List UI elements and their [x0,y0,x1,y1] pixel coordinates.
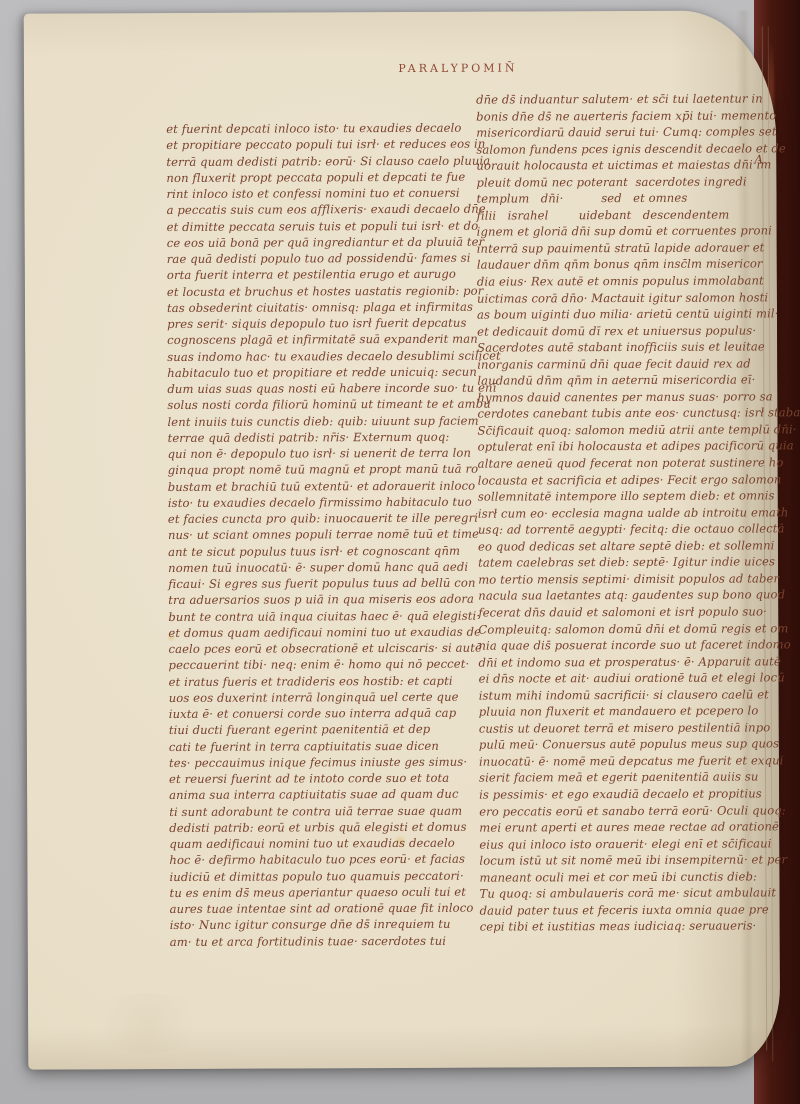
manuscript-text-line: pleuit domū nec poterant sacerdotes ingr… [476,173,778,191]
manuscript-text-line: interrā sup pauimentū stratū lapide ador… [477,239,779,257]
manuscript-text-line: Sc̄ificauit quoq: salomon mediū atrii an… [477,421,779,439]
right-text-column: dn̄e ds̄ induantur salutem· et sc̄i tui … [476,90,782,935]
manuscript-text-line: dauid pater tuus et feceris iuxta omnia … [480,901,782,919]
manuscript-text-line: templum dn̄i· sed et omnes [476,190,778,208]
manuscript-text-line: et locusta et bruchus et hostes uastatis… [167,282,473,300]
manuscript-text-line: anima sua interra captiuitatis suae ad q… [169,786,475,804]
manuscript-text-line: dn̄i et indomo sua et prosperatus· ē· Ap… [478,653,780,671]
manuscript-text-line: salomon fundens pces ignis descendit dec… [476,140,778,158]
manuscript-text-line: cati te fuerint in terra captiuitatis su… [169,737,475,755]
manuscript-text-line: iudiciū et dimittas populo tuo quamuis p… [169,867,475,885]
manuscript-text-line: tes· peccauimus inique fecimus iniuste g… [169,753,475,771]
manuscript-text-line: rae quā dedisti populo tuo ad possidendū… [167,250,473,268]
manuscript-text-line: isto· Nunc igitur consurge dn̄e ds̄ inre… [170,916,476,934]
manuscript-text-line: orta fuerit interra et pestilentia erugo… [167,266,473,284]
manuscript-text-line: solus nosti corda filiorū hominū ut time… [167,396,473,414]
manuscript-text-line: bonis dn̄e ds̄ ne auerteris faciem xp̄i … [476,107,778,125]
manuscript-text-line: tu es enim ds̄ meus aperiantur quaeso oc… [170,883,476,901]
manuscript-text-line: sollemnitatē intempore illo septem dieb:… [478,487,780,505]
manuscript-text-line: ero peccatis eorū et sanabo terrā eorū· … [479,802,781,820]
manuscript-text-line: non fluxerit propt peccata populi et dep… [166,168,472,186]
manuscript-text-line: locausta et sacrificia et adipes· Fecit … [478,471,780,489]
manuscript-text-line: dedisti patrib: eorū et urbis quā elegis… [169,818,475,836]
manuscript-text-line: mo tertio mensis septimi· dimisit populo… [478,570,780,588]
manuscript-text-line: Tu quoq: si ambulaueris corā me· sicut a… [480,885,782,903]
manuscript-text-line: dum uias suas quas nosti eū habere incor… [167,380,473,398]
manuscript-text-line: is pessimis· et ego exaudiā decaelo et p… [479,785,781,803]
manuscript-text-line: filii israhel uidebant descendentem [477,206,779,224]
manuscript-text-line: locum istū ut sit nomē meū ibi insempite… [479,852,781,870]
manuscript-text-line: sierit faciem meā et egerit paenitentiā … [479,769,781,787]
manuscript-text-line: optulerat enī ibi holocausta et adipes p… [478,438,780,456]
manuscript-text-line: habitaculo tuo et propitiare et redde un… [167,363,473,381]
running-title: PARALYPOMIN̄ [398,61,517,75]
left-text-column: et fuerint depcati inloco isto· tu exaud… [166,120,476,950]
manuscript-text-line: nomen tuū inuocatū· ē· super domū hanc q… [168,558,474,576]
manuscript-text-line: hymnos dauid canentes per manus suas· po… [477,388,779,406]
manuscript-text-line: fecerat dn̄s dauid et salomoni et isrł p… [478,603,780,621]
manuscript-text-line: bustam et brachiū tuū extentū· et adorau… [168,477,474,495]
manuscript-text-line: mei erunt aperti et aures meae rectae ad… [479,818,781,836]
marginal-caret-mark: Λ [754,152,763,166]
manuscript-text-line: custis ut deuoret terrā et misero pestil… [479,719,781,737]
manuscript-text-line: pres serit· siquis depopulo tuo isrł fue… [167,315,473,333]
manuscript-text-line: ginqua propt nomē tuū magnū et propt man… [168,461,474,479]
manuscript-text-line: pulū meū· Conuersus autē populus meus su… [479,736,781,754]
manuscript-text-line: usq: ad torrentē aegypti· fecitq: die oc… [478,521,780,539]
manuscript-text-line: lent inuiis tuis cunctis dieb: quib: uiu… [167,412,473,430]
manuscript-text-line: nus· ut sciant omnes populi terrae nomē … [168,526,474,544]
manuscript-text-line: suas indomo hac· tu exaudies decaelo des… [167,347,473,365]
manuscript-page: PARALYPOMIN̄ et fuerint depcati inloco i… [24,10,781,1069]
manuscript-text-line: tas obsederint ciuitatis· omnisq: plaga … [167,298,473,316]
manuscript-text-line: terrae quā dedisti patrib: nr̄is· Extern… [168,428,474,446]
manuscript-text-line: tatem caelebras set dieb: septē· Igitur … [478,554,780,572]
manuscript-text-line: bunt te contra uiā inqua ciuitas haec ē·… [168,607,474,625]
manuscript-text-line: misericordiarū dauid serui tui· Cumq: co… [476,123,778,141]
manuscript-text-line: tiui ducti fuerant egerint paenitentiā e… [169,721,475,739]
manuscript-text-line: as boum uiginti duo milia· arietū centū … [477,305,779,323]
manuscript-text-line: qui non ē· depopulo tuo isrł· si uenerit… [168,445,474,463]
manuscript-text-line: dia eius· Rex autē et omnis populus immo… [477,272,779,290]
manuscript-text-line: ti sunt adorabunt te contra uiā terrae s… [169,802,475,820]
manuscript-text-line: laudandū dn̄m qn̄m in aeternū misericord… [477,372,779,390]
manuscript-text-line: hoc ē· defirmo habitaculo tuo pces eorū·… [169,851,475,869]
manuscript-text-line: cepi tibi et iustitias meas iudiciaq: se… [480,918,782,936]
manuscript-text-line: a peccatis suis cum eos afflixeris· exau… [167,201,473,219]
manuscript-text-line: ignem et gloriā dn̄i sup domū et corruen… [477,223,779,241]
manuscript-text-line: quam aedificaui nomini tuo ut exaudias d… [169,835,475,853]
manuscript-text-line: Sacerdotes autē stabant inofficiis suis … [477,339,779,357]
manuscript-text-line: eius qui inloco isto orauerit· elegi enī… [479,835,781,853]
manuscript-text-line: rint inloco isto et confessi nomini tuo … [166,185,472,203]
manuscript-text-line: aures tuae intentae sint ad orationē qua… [170,900,476,918]
manuscript-text-line: cerdotes canebant tubis ante eos· cunctu… [477,405,779,423]
manuscript-text-line: isto· tu exaudies decaelo firmissimo hab… [168,493,474,511]
manuscript-text-line: nacula sua laetantes atq: gaudentes sup … [478,587,780,605]
manuscript-text-line: et dimitte peccata seruis tuis et populi… [167,217,473,235]
manuscript-text-line: et domus quam aedificaui nomini tuo ut e… [168,623,474,641]
manuscript-text-line: peccauerint tibi· neq: enim ē· homo qui … [169,656,475,674]
manuscript-text-line: uos eos duxerint interrā longinquā uel c… [169,688,475,706]
manuscript-text-line: am· tu et arca fortitudinis tuae· sacerd… [170,932,476,950]
manuscript-text-line: altare aeneū quod fecerat non poterat su… [478,454,780,472]
manuscript-text-line: uorauit holocausta et uictimas et maiest… [476,157,778,175]
manuscript-text-line: ficaui· Si egres sus fuerit populus tuus… [168,575,474,593]
manuscript-text-line: terrā quam dedisti patrib: eorū· Si clau… [166,152,472,170]
manuscript-text-line: istum mihi indomū sacrificii· si clauser… [479,686,781,704]
manuscript-text-line: laudauer dn̄m qn̄m bonus qn̄m insc̄lm mi… [477,256,779,274]
manuscript-text-line: et reuersi fuerint ad te intoto corde su… [169,770,475,788]
manuscript-text-line: maneant oculi mei et cor meū ibi cunctis… [479,868,781,886]
manuscript-text-line: nia quae dis̄ posuerat incorde suo ut fa… [478,636,780,654]
manuscript-text-line: eo quod dedicas set altare septē dieb: e… [478,537,780,555]
manuscript-text-line: et propitiare peccato populi tui isrł· e… [166,136,472,154]
manuscript-text-line: iuxta ē· et conuersi corde suo interra a… [169,705,475,723]
manuscript-text-line: ei dn̄s nocte et ait· audiui orationē tu… [479,669,781,687]
manuscript-text-line: cognoscens plagā et infirmitatē suā expa… [167,331,473,349]
manuscript-text-line: pluuia non fluxerit et mandauero et pcep… [479,703,781,721]
manuscript-text-line: dn̄e ds̄ induantur salutem· et sc̄i tui … [476,90,778,108]
manuscript-text-line: inuocatū· ē· nomē meū depcatus me fuerit… [479,752,781,770]
manuscript-text-line: ce eos uiā bonā per quā ingrediantur et … [167,233,473,251]
manuscript-text-line: caelo pces eorū et obsecrationē et ulcis… [168,640,474,658]
manuscript-text-line: Compleuitq: salomon domū dn̄i et domū re… [478,620,780,638]
manuscript-text-line: et iratus fueris et tradideris eos hosti… [169,672,475,690]
manuscript-text-line: tra aduersarios suos p uiā in qua miseri… [168,591,474,609]
manuscript-text-line: et dedicauit domū dī rex et uniuersus po… [477,322,779,340]
manuscript-text-line: ant te sicut populus tuus isrł· et cogno… [168,542,474,560]
manuscript-text-line: uictimas corā dn̄o· Mactauit igitur salo… [477,289,779,307]
manuscript-text-line: inorganis carminū dn̄i quae fecit dauid … [477,355,779,373]
manuscript-text-line: et facies cuncta pro quib: inuocauerit t… [168,510,474,528]
parchment-stain [88,993,208,1054]
manuscript-text-line: isrł cum eo· ecclesia magna ualde ab int… [478,504,780,522]
manuscript-text-line: et fuerint depcati inloco isto· tu exaud… [166,120,472,138]
